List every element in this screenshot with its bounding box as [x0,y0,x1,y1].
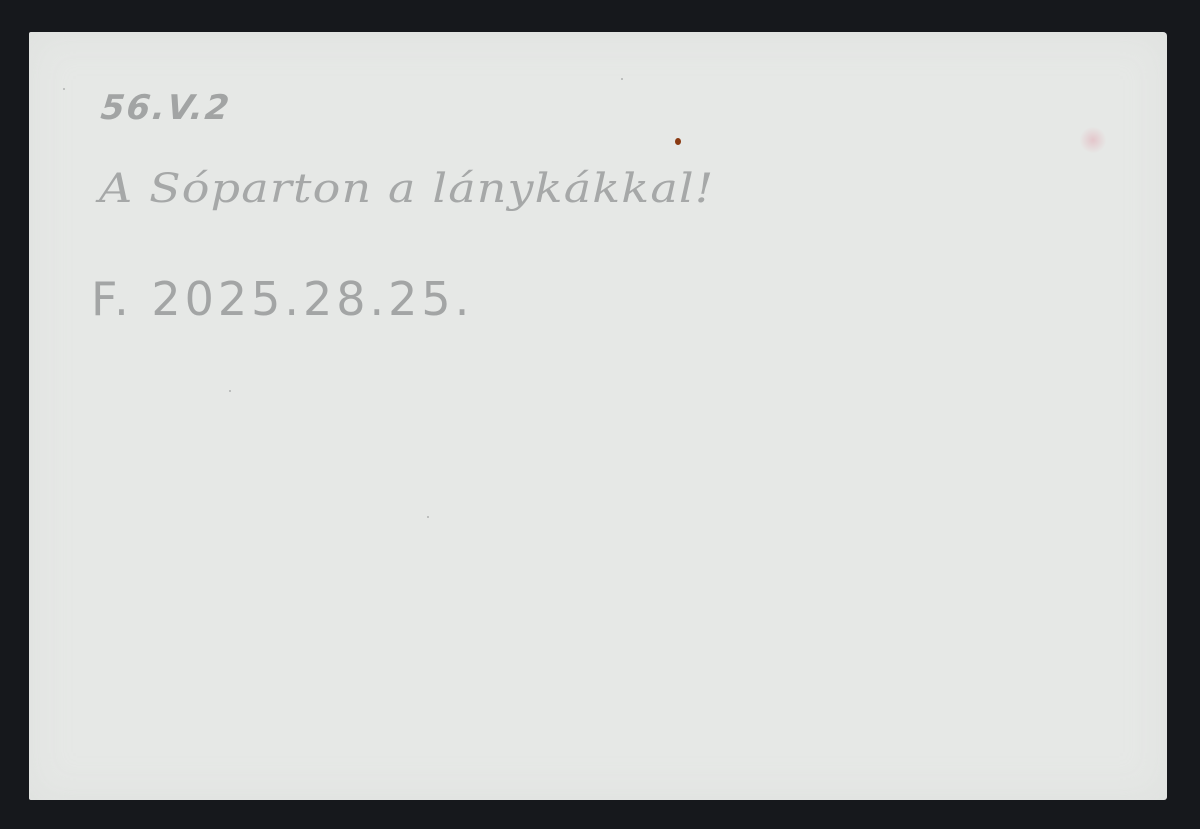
inventory-number: F. 2025.28.25. [91,272,473,326]
handwritten-date: 56.V.2 [99,88,233,128]
pink-smudge-mark [1079,127,1107,153]
pencil-dot [621,78,623,80]
pencil-dot [63,88,65,90]
scan-background: 56.V.2 A Sóparton a lánykákkal! F. 2025.… [0,0,1200,829]
pencil-dot [229,390,231,392]
photo-card-verso: 56.V.2 A Sóparton a lánykákkal! F. 2025.… [29,32,1167,800]
pencil-dot [427,516,429,518]
brown-speck-mark [675,138,681,145]
handwritten-caption: A Sóparton a lánykákkal! [99,166,714,212]
